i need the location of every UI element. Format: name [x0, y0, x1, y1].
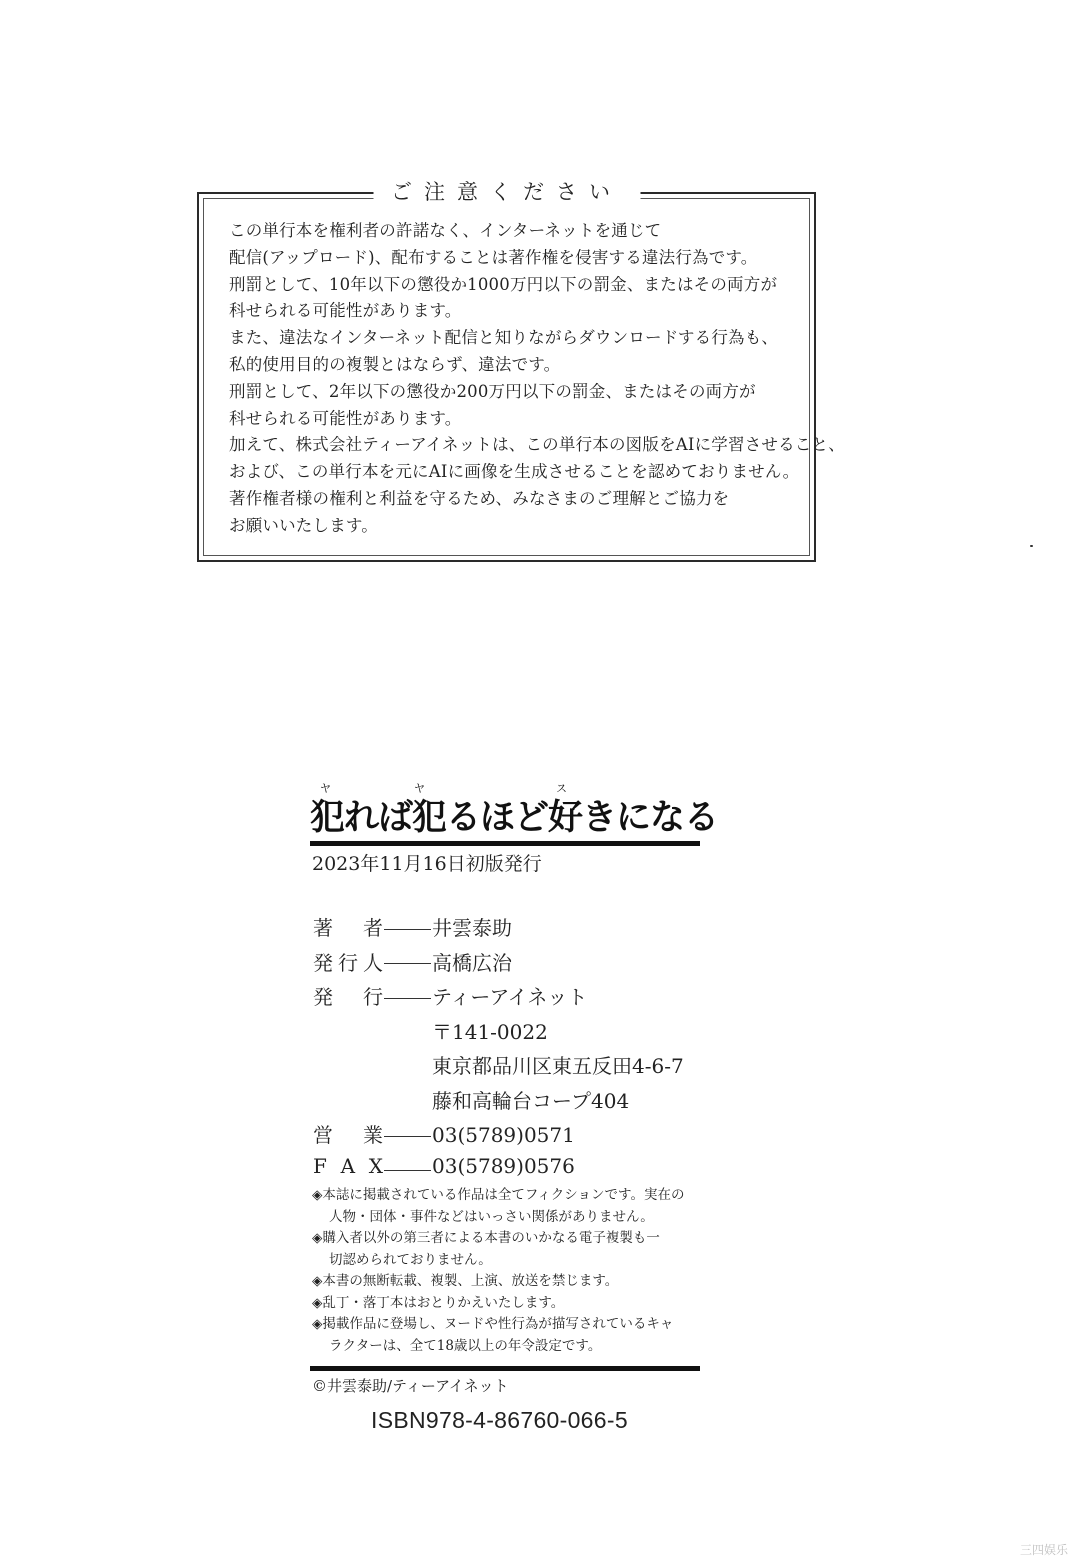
- notice-line: 私的使用目的の複製とはならず、違法です。: [229, 352, 804, 379]
- notice-line: および、この単行本を元にAIに画像を生成させることを認めておりません。: [229, 459, 804, 486]
- print-speck: [1030, 545, 1033, 547]
- notice-line: 科せられる可能性があります。: [229, 298, 804, 325]
- copyright-notice-box: ご注意ください この単行本を権利者の許諾なく、インターネットを通じて 配信(アッ…: [197, 192, 816, 562]
- label-char: 発: [313, 947, 333, 976]
- copyright-line: ©井雲泰助/ティーアイネット: [312, 1375, 509, 1396]
- credit-value: 藤和高輪台コープ404: [432, 1085, 629, 1114]
- label-char: 業: [363, 1119, 383, 1148]
- credit-value: 井雲泰助: [432, 912, 512, 941]
- note-line: ◈本書の無断転載、複製、上演、放送を禁じます。: [312, 1271, 707, 1293]
- label-char: X: [369, 1154, 383, 1178]
- watermark: 三四娱乐: [1020, 1541, 1068, 1558]
- credit-label: F A X: [313, 1154, 383, 1178]
- credit-publisher: 発 行 ティーアイネット: [313, 981, 684, 1016]
- note-line: 人物・団体・事件などはいっさい関係がありません。: [312, 1207, 707, 1229]
- title-rule: [310, 841, 700, 846]
- notice-line: 刑罰として、2年以下の懲役か200万円以下の罰金、またはその両方が: [229, 379, 804, 406]
- credit-address-1: 東京都品川区東五反田4-6-7: [313, 1050, 684, 1085]
- dash-divider: [384, 929, 431, 930]
- credit-value: 03(5789)0571: [432, 1123, 575, 1147]
- edition-date: 2023年11月16日初版発行: [312, 849, 542, 876]
- credit-value: 東京都品川区東五反田4-6-7: [432, 1050, 684, 1079]
- note-line: ラクターは、全て18歳以上の年令設定です。: [312, 1336, 707, 1358]
- notice-line: 加えて、株式会社ティーアイネットは、この単行本の図版をAIに学習させること、: [229, 432, 804, 459]
- dash-divider: [384, 963, 431, 964]
- label-char: A: [341, 1154, 355, 1178]
- label-char: 著: [313, 912, 333, 941]
- title-wrap: ヤ ヤ ス 犯れば犯るほど好きになる: [310, 780, 702, 840]
- credit-fax: F A X 03(5789)0576: [313, 1154, 684, 1189]
- note-line: ◈購入者以外の第三者による本書のいかなる電子複製も一: [312, 1228, 707, 1250]
- colophon-title-block: ヤ ヤ ス 犯れば犯るほど好きになる: [310, 780, 702, 840]
- credit-label: 営 業: [313, 1119, 383, 1148]
- notice-line: お願いいたします。: [229, 513, 804, 540]
- credit-address-2: 藤和高輪台コープ404: [313, 1085, 684, 1120]
- notice-line: 刑罰として、10年以下の懲役か1000万円以下の罰金、またはその両方が: [229, 272, 804, 299]
- notice-title: ご注意ください: [373, 179, 640, 205]
- credits-list: 著 者 井雲泰助 発 行 人 高橋広治 発 行 ティーアイネット 〒141-00…: [313, 912, 684, 1188]
- credit-label: 発 行: [313, 981, 383, 1010]
- dash-divider: [384, 1170, 431, 1171]
- notice-line: この単行本を権利者の許諾なく、インターネットを通じて: [229, 218, 804, 245]
- dash-divider: [384, 998, 431, 999]
- notice-line: 著作権者様の権利と利益を守るため、みなさまのご理解とご協力を: [229, 486, 804, 513]
- notice-line: また、違法なインターネット配信と知りながらダウンロードする行為も、: [229, 325, 804, 352]
- label-char: 行: [363, 981, 383, 1010]
- dash-divider: [384, 1136, 431, 1137]
- credit-publisher-person: 発 行 人 高橋広治: [313, 947, 684, 982]
- label-char: 者: [363, 912, 383, 941]
- label-char: 人: [363, 947, 383, 976]
- notice-line: 配信(アップロード)、配布することは著作権を侵害する違法行為です。: [229, 245, 804, 272]
- credit-label: 著 者: [313, 912, 383, 941]
- credit-value: 高橋広治: [432, 947, 512, 976]
- label-char: 発: [313, 981, 333, 1010]
- note-line: ◈乱丁・落丁本はおとりかえいたします。: [312, 1293, 707, 1315]
- label-char: 営: [313, 1119, 333, 1148]
- credit-postal-code: 〒141-0022: [313, 1016, 684, 1051]
- note-line: ◈本誌に掲載されている作品は全てフィクションです。実在の: [312, 1185, 707, 1207]
- label-char: F: [313, 1154, 327, 1178]
- note-line: ◈掲載作品に登場し、ヌードや性行為が描写されているキャ: [312, 1314, 707, 1336]
- credit-value: 03(5789)0576: [432, 1154, 575, 1178]
- label-char: 行: [338, 947, 358, 976]
- notice-line: 科せられる可能性があります。: [229, 406, 804, 433]
- legal-notes: ◈本誌に掲載されている作品は全てフィクションです。実在の 人物・団体・事件などは…: [312, 1185, 707, 1357]
- notice-body: この単行本を権利者の許諾なく、インターネットを通じて 配信(アップロード)、配布…: [229, 218, 804, 540]
- book-title: 犯れば犯るほど好きになる: [310, 790, 718, 840]
- credit-label: 発 行 人: [313, 947, 383, 976]
- note-line: 切認められておりません。: [312, 1250, 707, 1272]
- credit-sales-phone: 営 業 03(5789)0571: [313, 1119, 684, 1154]
- credit-author: 著 者 井雲泰助: [313, 912, 684, 947]
- notes-rule: [310, 1366, 700, 1371]
- credit-value: ティーアイネット: [432, 981, 587, 1010]
- isbn: ISBN978-4-86760-066-5: [371, 1407, 628, 1434]
- credit-value: 〒141-0022: [432, 1016, 548, 1045]
